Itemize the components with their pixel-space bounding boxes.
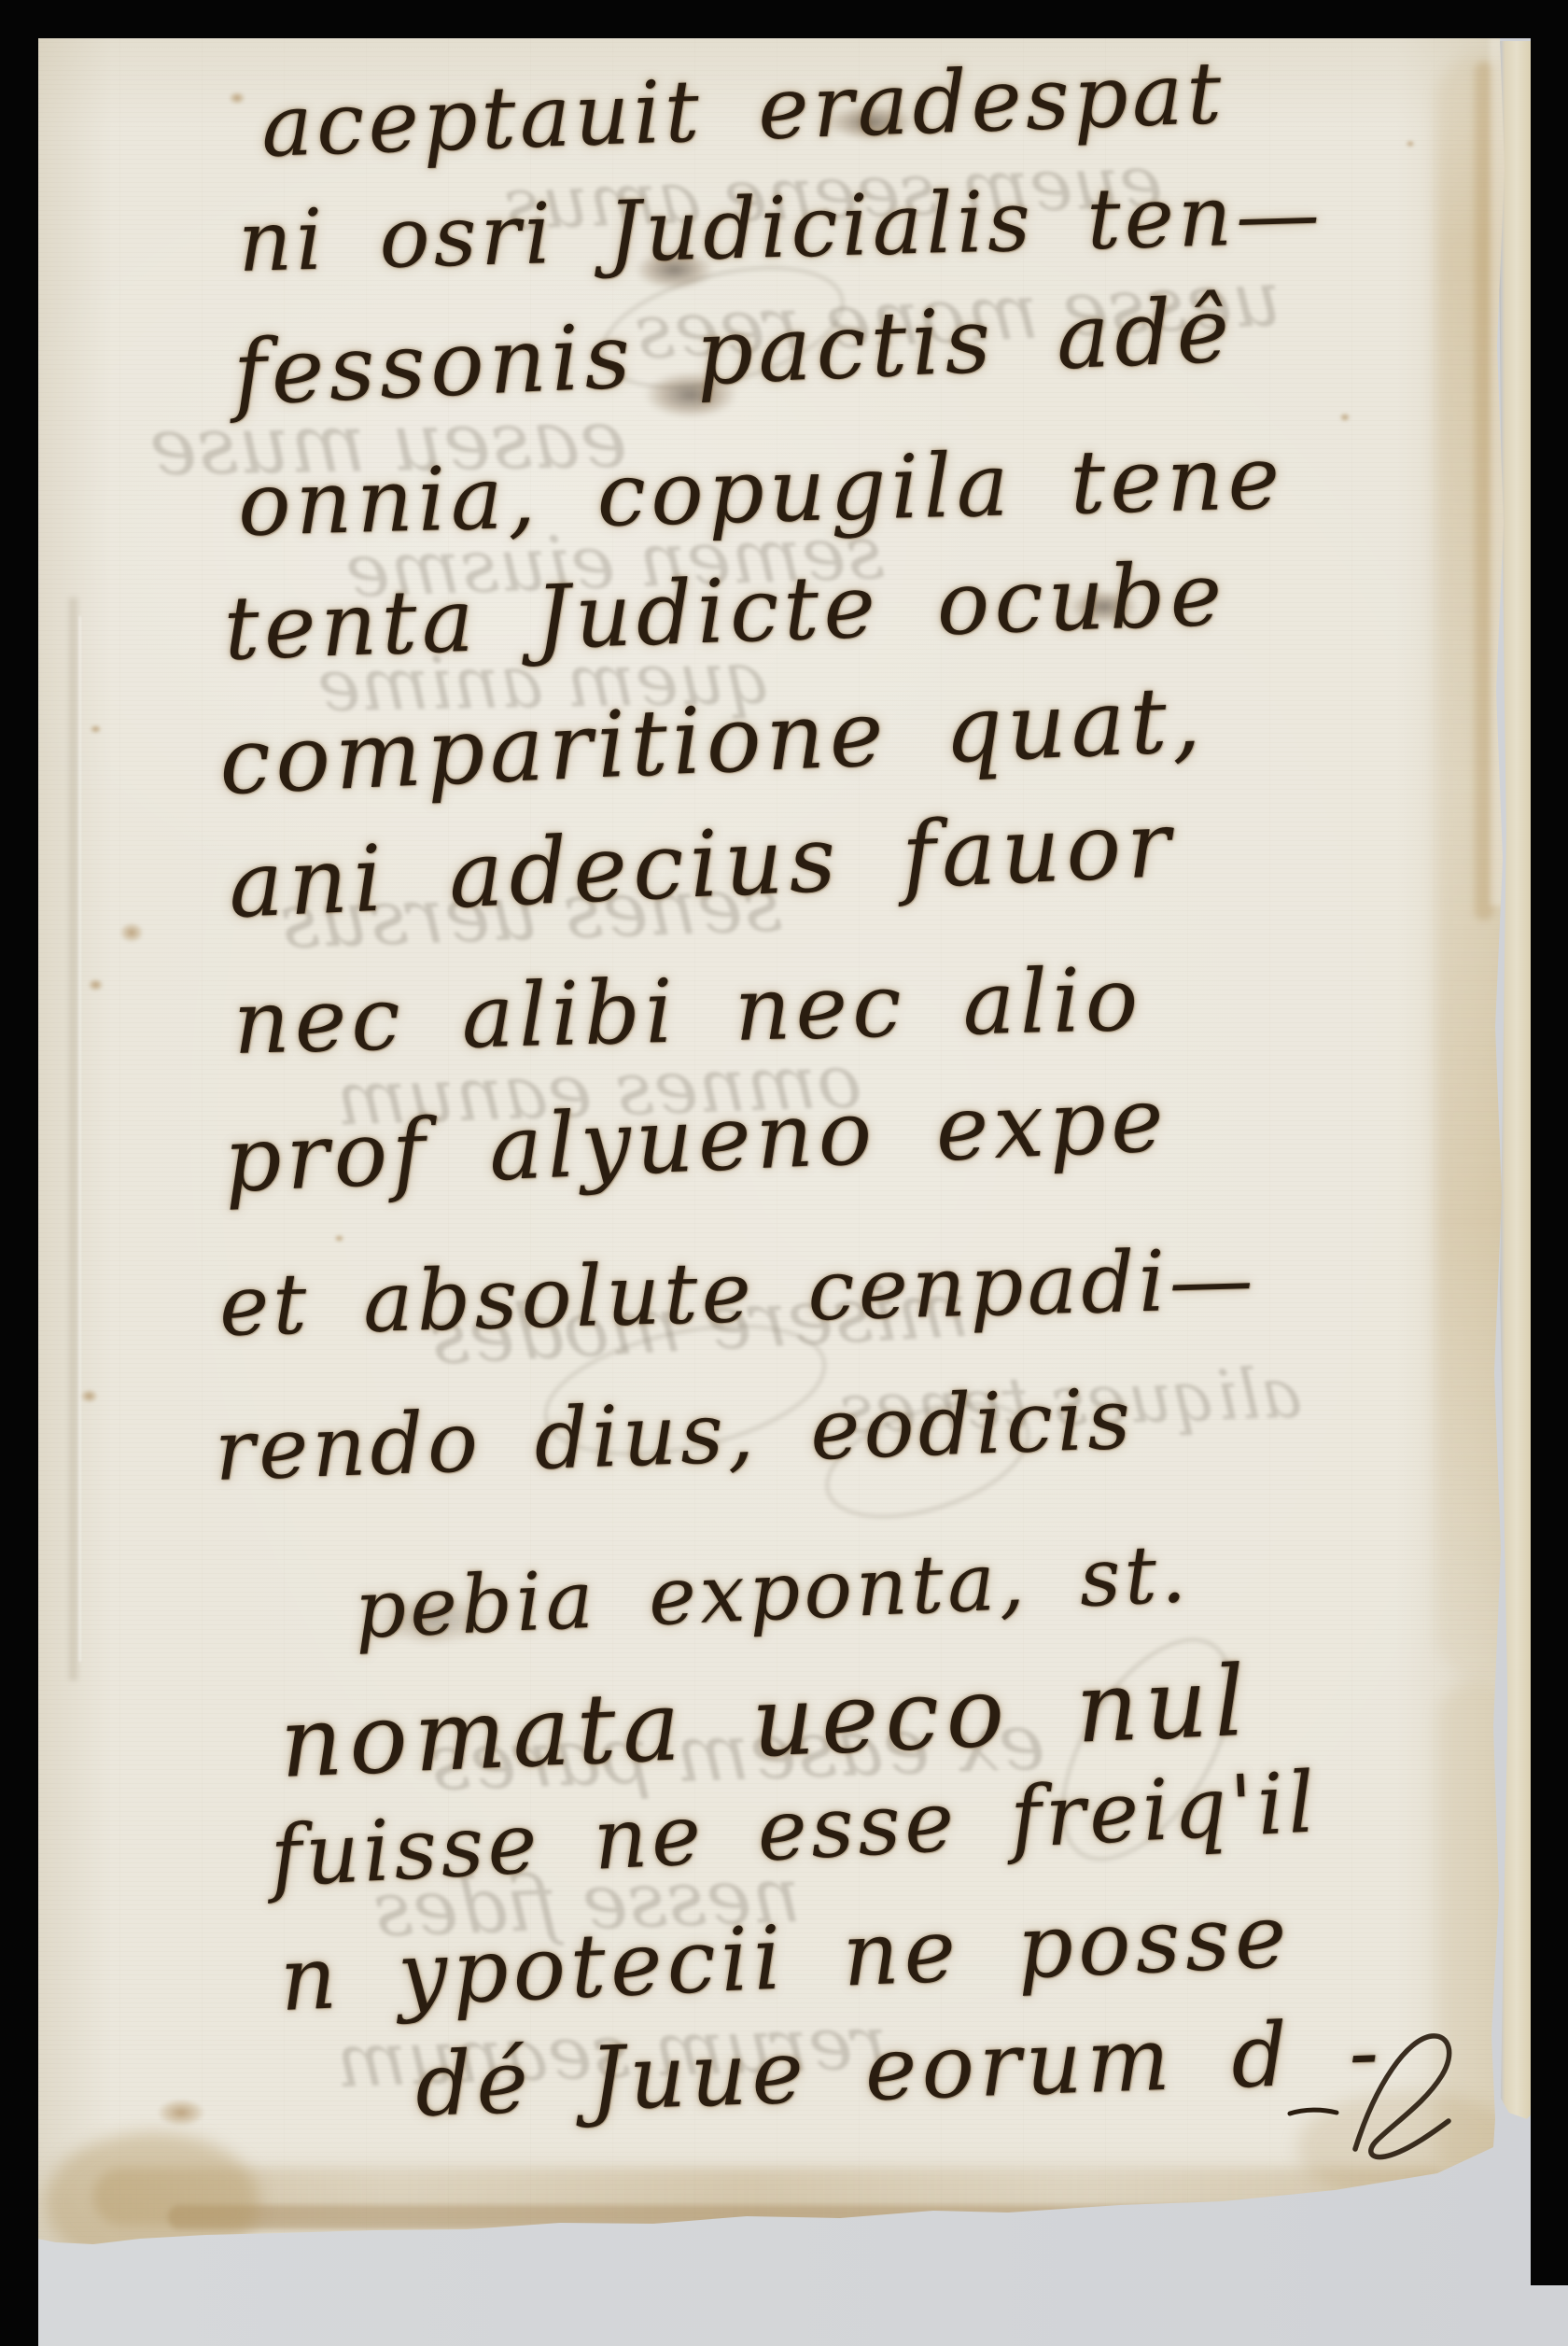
manuscript-line: onnia, copugila tene [237, 435, 1285, 550]
manuscript-line: prof alyueno expe [222, 1075, 1170, 1205]
manuscript-line: pebia exponta, st. [353, 1534, 1191, 1651]
ink-smudge [826, 105, 915, 140]
foxing-spot [334, 1234, 344, 1243]
manuscript-line: rendo dius, eodicis [213, 1378, 1135, 1494]
foxing-spot [1406, 140, 1415, 148]
foxing-spot [157, 2099, 205, 2127]
manuscript-page: euem seene amusuesse mone reeseaseu muse… [37, 37, 1531, 2297]
manuscript-photo: euem seene amusuesse mone reeseaseu muse… [0, 0, 1568, 2346]
showthrough-line: rerum seanum [335, 2005, 889, 2100]
showthrough-line: easeu muse [148, 400, 627, 488]
signature-flourish [1284, 2024, 1462, 2164]
manuscript-line: dé Juue eorum d - [413, 2009, 1384, 2130]
showthrough-oval [1026, 1609, 1267, 1889]
manuscript-line: fuisse ne esse freiq'il [269, 1761, 1321, 1900]
manuscript-line: ni osri Judicialis ten— [237, 173, 1324, 285]
foxing-spot [229, 91, 245, 105]
photo-frame-right [1531, 38, 1568, 2285]
ink-smudge [373, 1594, 495, 1646]
showthrough-line: omnes eanum [335, 1044, 863, 1137]
manuscript-line: fessonis pactis adê [231, 285, 1236, 418]
handwriting-layer: aceptauit eradespatni osri Judicialis te… [37, 37, 1531, 2297]
foxing-spot [119, 922, 144, 943]
foxing-spot [1339, 413, 1351, 422]
laid-paper-texture [37, 37, 1531, 2297]
showthrough-line: nesse fides [372, 1858, 802, 1949]
showthrough-line: semen eiusme [344, 515, 886, 609]
showthrough-line: euem seene amus [503, 146, 1164, 242]
showthrough-oval [588, 244, 858, 411]
showthrough-line: uesse mone rees [633, 261, 1282, 372]
showthrough-oval [532, 1301, 838, 1478]
showthrough-layer: euem seene amusuesse mone reeseaseu muse… [37, 37, 1531, 2297]
showthrough-oval [811, 1379, 1044, 1540]
foxing-spot [457, 642, 468, 651]
manuscript-line: ani adecius fauor [227, 799, 1178, 932]
showthrough-line: aliques tenes [839, 1358, 1303, 1443]
photo-frame-top [0, 0, 1568, 38]
manuscript-line: n ypotecii ne posse [278, 1893, 1293, 2025]
page-crease-highlight [78, 616, 81, 1662]
photo-frame-left [0, 0, 38, 2346]
showthrough-line: ex easem pares [428, 1703, 1046, 1803]
manuscript-line: aceptauit eradespat [259, 50, 1226, 170]
manuscript-line: tenta Judicte ocube [222, 552, 1227, 674]
showthrough-line: misere modes [427, 1272, 971, 1377]
showthrough-line: quem anime [316, 642, 772, 723]
spots-layer [37, 37, 1531, 2297]
page-crease-shade [69, 597, 77, 1680]
manuscript-line: nomata ueco nul [278, 1652, 1253, 1791]
ink-smudge [644, 372, 737, 418]
foxing-spot [80, 1389, 98, 1403]
ink-smudge [1069, 590, 1139, 624]
manuscript-line: et absolute cenpadi— [218, 1238, 1258, 1349]
showthrough-line: senes uersus [279, 867, 783, 962]
foxing-spot [90, 724, 102, 734]
manuscript-line: comparitione quat, [217, 674, 1207, 808]
manuscript-line: nec alibi nec alio [232, 957, 1144, 1068]
stain-right-line [1475, 62, 1493, 920]
ink-smudge [635, 250, 714, 289]
foxing-spot [88, 978, 104, 991]
